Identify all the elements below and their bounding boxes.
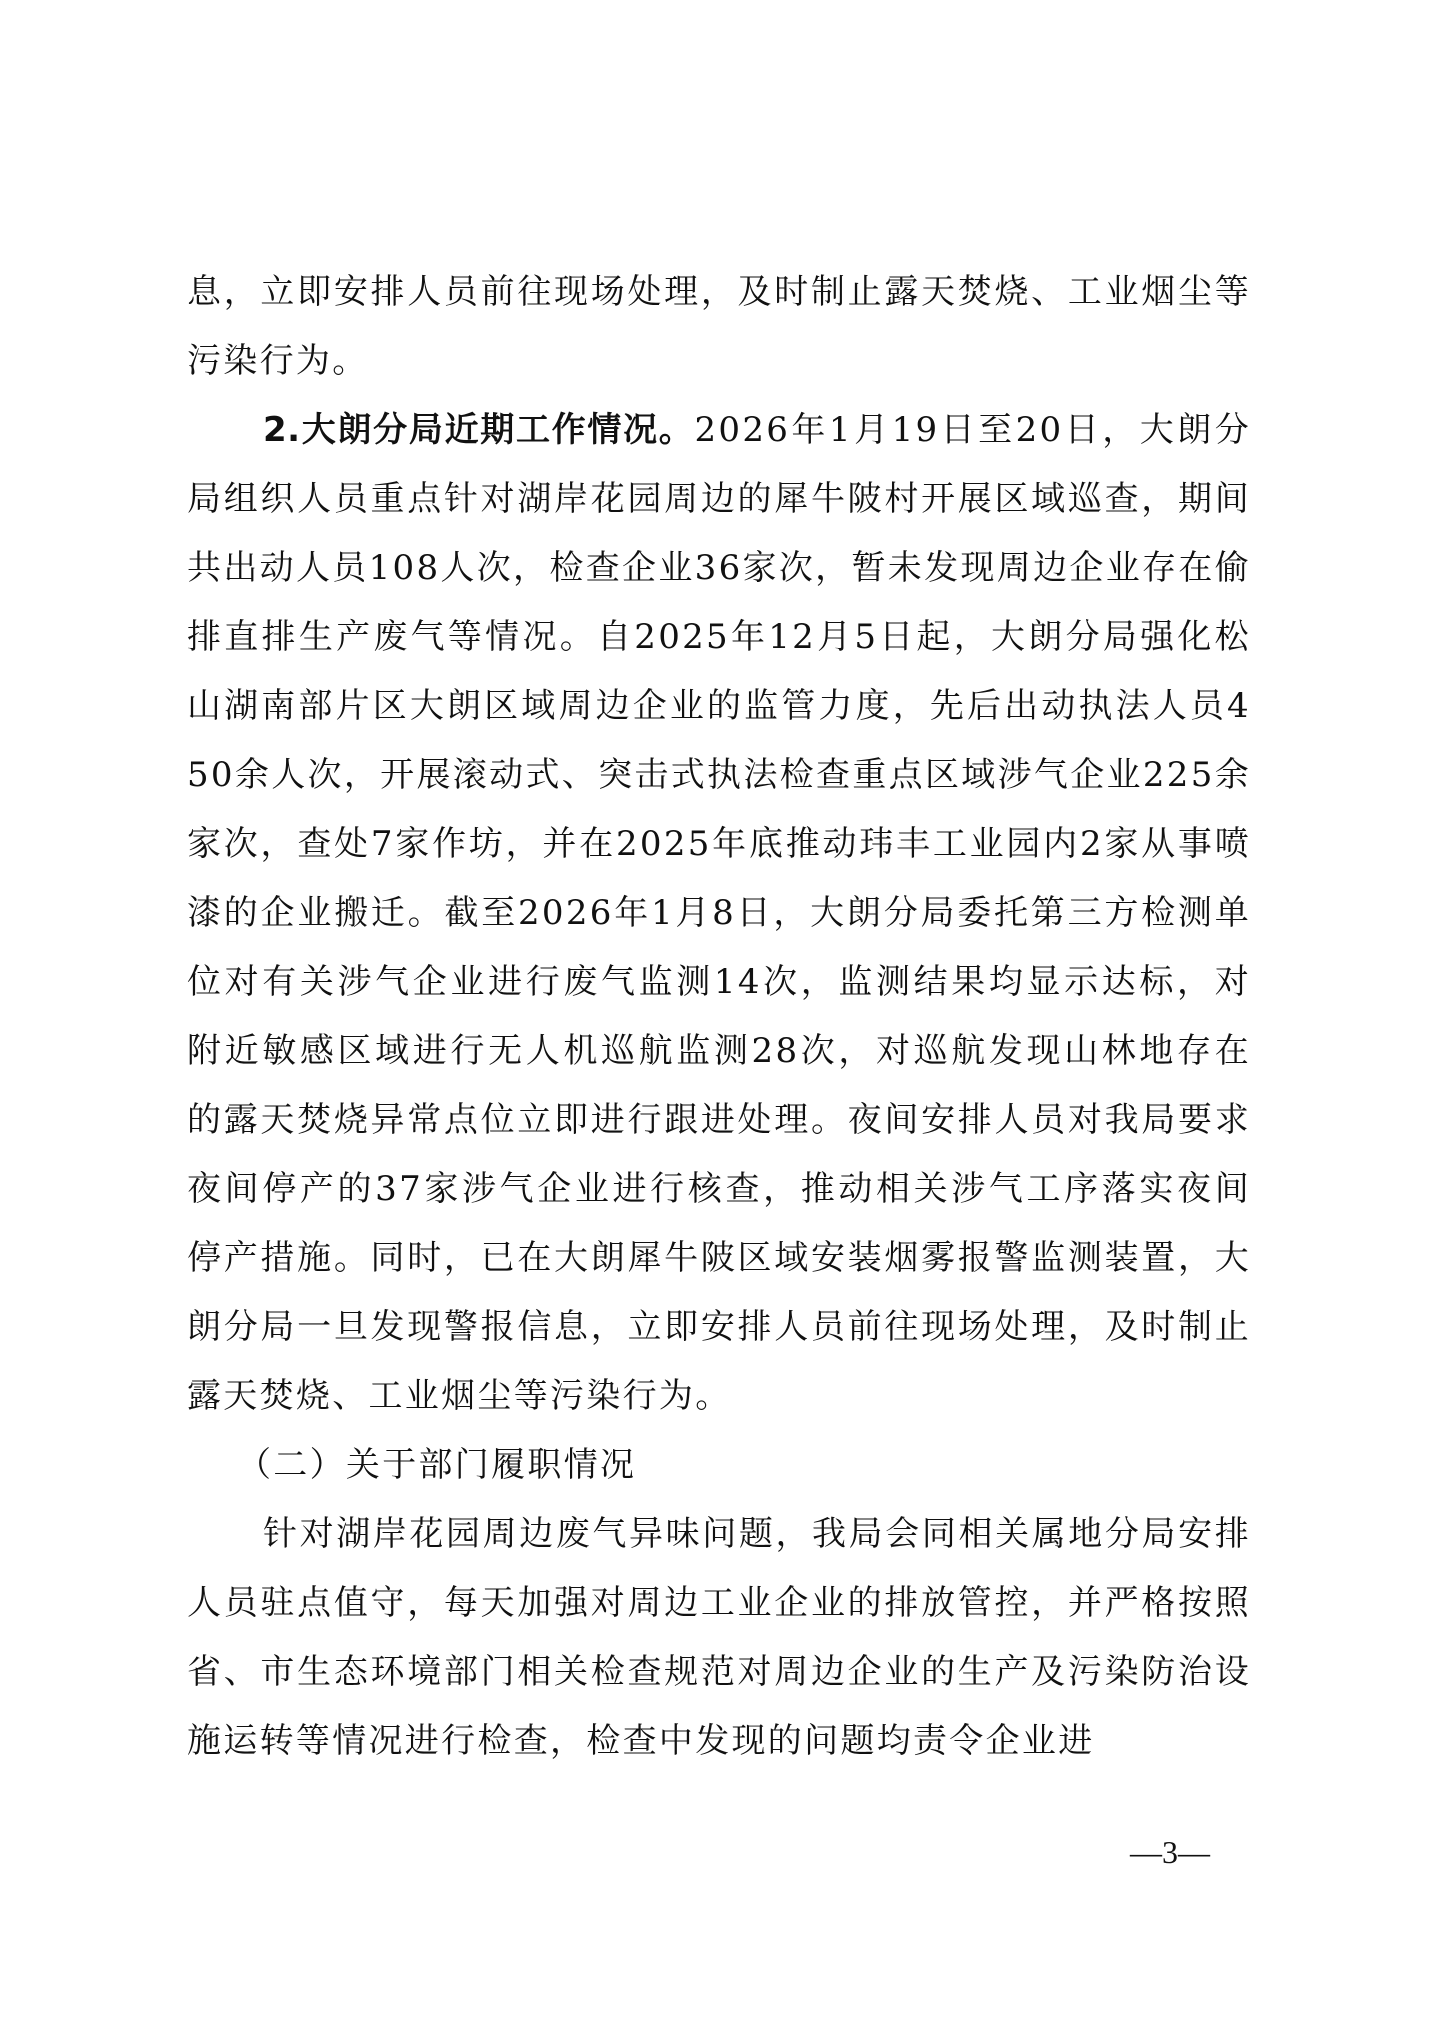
paragraph-lead-title: 2.大朗分局近期工作情况。 [263,410,695,450]
page-number: —3— [1130,1832,1210,1872]
paragraph-department-duty: 针对湖岸花园周边废气异味问题，我局会同相关属地分局安排人员驻点值守，每天加强对周… [187,1500,1251,1776]
paragraph-dalang-branch: 2.大朗分局近期工作情况。2026年1月19日至20日，大朗分局组织人员重点针对… [187,396,1251,1431]
document-page: 息，立即安排人员前往现场处理，及时制止露天焚烧、工业烟尘等污染行为。 2.大朗分… [187,258,1251,1776]
section-heading: （二）关于部门履职情况 [187,1431,1251,1500]
paragraph-body: 2026年1月19日至20日，大朗分局组织人员重点针对湖岸花园周边的犀牛陂村开展… [187,410,1251,1416]
paragraph-continuation: 息，立即安排人员前往现场处理，及时制止露天焚烧、工业烟尘等污染行为。 [187,258,1251,396]
